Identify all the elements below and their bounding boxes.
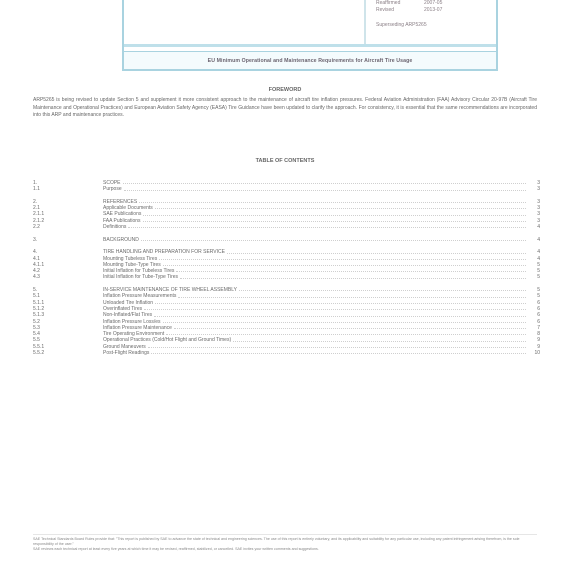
toc-leader-dots xyxy=(166,331,526,335)
toc-entry-title: Definitions xyxy=(103,224,128,230)
toc-entry[interactable]: 4.3Initial Inflation for Tube-Type Tires… xyxy=(33,274,540,280)
toc-leader-dots xyxy=(163,262,526,266)
foreword-heading: FOREWORD xyxy=(0,87,570,93)
header-bottom-rule xyxy=(124,44,496,47)
toc-leader-dots xyxy=(151,350,526,354)
header-divider xyxy=(364,0,366,44)
toc-entry-number: 3. xyxy=(33,237,103,243)
toc-entry-title: BACKGROUND xyxy=(103,237,141,243)
toc-leader-dots xyxy=(178,293,526,297)
toc-leader-dots xyxy=(141,237,526,241)
toc-entry-title: Purpose xyxy=(103,186,124,192)
toc-leader-dots xyxy=(233,337,526,341)
supersedes-note: Superseding ARP5265 xyxy=(376,22,442,29)
toc-leader-dots xyxy=(128,224,526,228)
footer-line-2: SAE reviews each technical report at lea… xyxy=(33,547,537,552)
toc-leader-dots xyxy=(155,300,526,304)
toc-entry-page: 5 xyxy=(530,274,540,280)
footer-divider xyxy=(33,534,537,535)
document-metadata: Reaffirmed 2007-05 Revised 2013-07 Super… xyxy=(376,0,442,29)
toc-leader-dots xyxy=(144,306,526,310)
toc-leader-dots xyxy=(143,218,526,222)
toc-entry-title: Initial Inflation for Tube-Type Tires xyxy=(103,274,180,280)
toc-entry-number: 1.1 xyxy=(33,186,103,192)
toc-leader-dots xyxy=(143,211,526,215)
toc-leader-dots xyxy=(139,199,526,203)
toc-leader-dots xyxy=(227,249,526,253)
toc-leader-dots xyxy=(155,205,526,209)
toc-heading: TABLE OF CONTENTS xyxy=(0,158,570,164)
toc-entry-number: 4.3 xyxy=(33,274,103,280)
meta-label: Revised xyxy=(376,7,406,14)
toc-leader-dots xyxy=(148,344,526,348)
document-header-box: Reaffirmed 2007-05 Revised 2013-07 Super… xyxy=(122,0,498,54)
toc-entry[interactable]: 2.2Definitions4 xyxy=(33,224,540,230)
toc-entry-page: 10 xyxy=(530,350,540,356)
toc-leader-dots xyxy=(123,180,526,184)
toc-entry-page: 3 xyxy=(530,186,540,192)
toc-entry-number: 5.5.2 xyxy=(33,350,103,356)
meta-row-reaffirmed: Reaffirmed 2007-05 xyxy=(376,0,442,7)
toc-leader-dots xyxy=(124,186,526,190)
toc-entry[interactable]: 5.5.2Post-Flight Readings10 xyxy=(33,350,540,356)
page-footer: SAE Technical Standards Board Rules prov… xyxy=(33,537,537,552)
toc-leader-dots xyxy=(176,268,526,272)
toc-entry-number: 2.2 xyxy=(33,224,103,230)
toc-leader-dots xyxy=(180,274,526,278)
toc-entry[interactable]: 3.BACKGROUND4 xyxy=(33,237,540,243)
toc-entry-page: 4 xyxy=(530,237,540,243)
foreword-text: ARP5265 is being revised to update Secti… xyxy=(33,97,537,120)
meta-label: Reaffirmed xyxy=(376,0,406,7)
toc-leader-dots xyxy=(239,287,526,291)
toc-leader-dots xyxy=(174,325,526,329)
meta-row-revised: Revised 2013-07 xyxy=(376,7,442,14)
toc-leader-dots xyxy=(154,312,526,316)
meta-value: 2007-05 xyxy=(424,0,442,7)
toc-entry-title: Post-Flight Readings xyxy=(103,350,151,356)
footer-line-1: SAE Technical Standards Board Rules prov… xyxy=(33,537,537,547)
toc-entry-page: 4 xyxy=(530,224,540,230)
document-title-banner: EU Minimum Operational and Maintenance R… xyxy=(122,51,498,71)
toc-entry[interactable]: 1.1Purpose3 xyxy=(33,186,540,192)
meta-value: 2013-07 xyxy=(424,7,442,14)
table-of-contents: 1.SCOPE31.1Purpose32.REFERENCES32.1Appli… xyxy=(33,180,540,356)
toc-leader-dots xyxy=(159,256,526,260)
toc-leader-dots xyxy=(163,319,526,323)
